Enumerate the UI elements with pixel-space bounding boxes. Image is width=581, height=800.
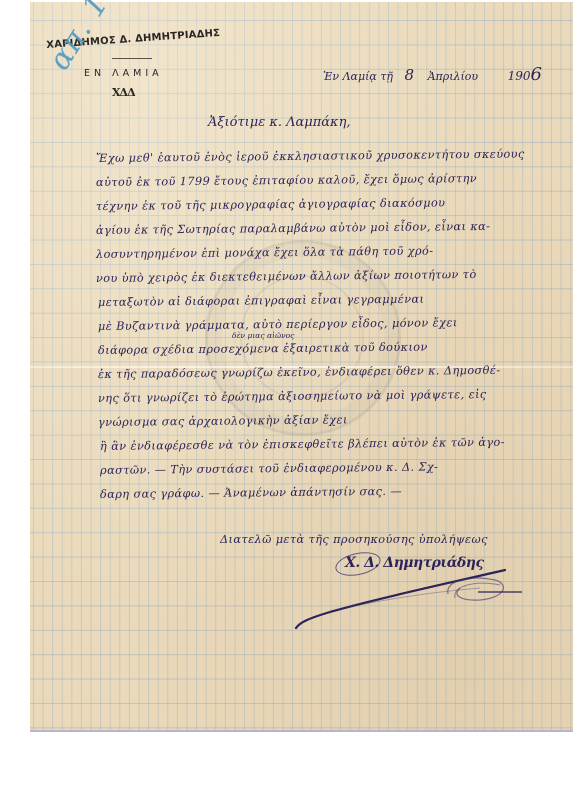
signature-flourish-icon — [0, 0, 581, 800]
